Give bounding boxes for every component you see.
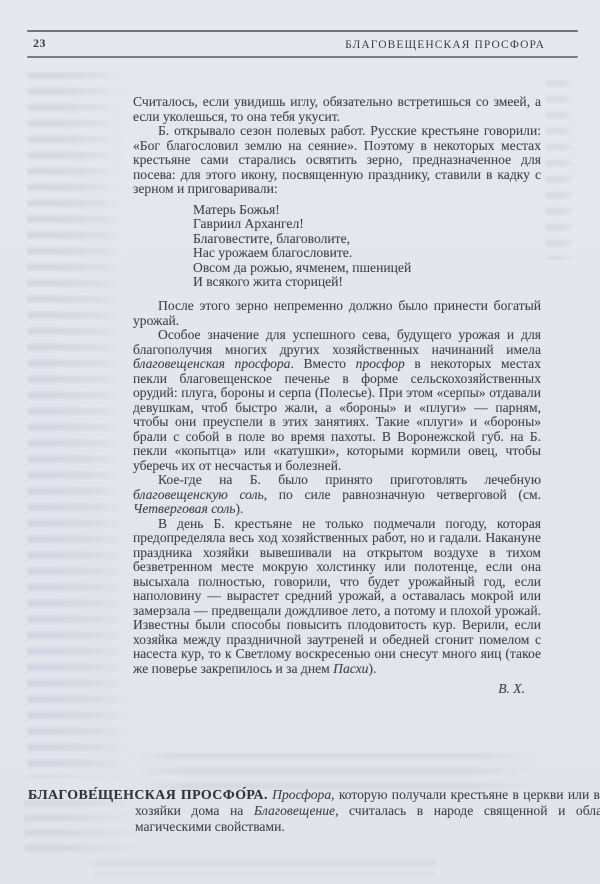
text-segment: После этого зерно непременно должно было…	[133, 298, 541, 328]
paragraph: После этого зерно непременно должно было…	[133, 299, 541, 328]
text-segment: В день Б. крестьяне не только подмечали …	[133, 516, 541, 676]
author-signature: В. Х.	[133, 682, 541, 697]
book-page-scan: 23 БЛАГОВЕЩЕНСКАЯ ПРОСФОРА Считалось, ес…	[0, 0, 600, 884]
dictionary-entry: БЛАГОВЕ́ЩЕНСКАЯ ПРОСФО́РА. Просфора, кот…	[28, 787, 600, 834]
bleedthrough-left-margin	[27, 72, 129, 778]
verse-line: Овсом да рожью, ячменем, пшеницей	[193, 261, 541, 276]
italic-term: Четверговая соль	[133, 501, 235, 516]
verse-line: Гавриил Архангел!	[193, 217, 541, 232]
text-segment: Б. открывало сезон полевых работ. Русски…	[133, 123, 541, 196]
header-rule-top	[27, 30, 578, 32]
bleedthrough-bottom	[95, 860, 435, 876]
italic-term: просфор	[356, 356, 405, 371]
header-rule-bottom	[27, 56, 578, 58]
text-segment: Считалось, если увидишь иглу, обязательн…	[133, 94, 541, 124]
text-segment: Кое-где на Б. было принято приготовлять …	[158, 472, 541, 487]
paragraph: Б. открывало сезон полевых работ. Русски…	[133, 124, 541, 197]
italic-term: Просфора	[272, 787, 331, 802]
paragraph-continuation: Считалось, если увидишь иглу, обязательн…	[133, 95, 541, 124]
text-segment: , по силе равнозначную четверговой (см.	[264, 487, 541, 502]
italic-term: Благовещение	[254, 803, 335, 818]
text-segment: ).	[368, 661, 376, 676]
headword-text: БЛАГОВЕ́ЩЕНСКАЯ ПРОСФО́РА.	[28, 788, 268, 803]
italic-term: благовещенскую соль	[133, 487, 264, 502]
running-title: БЛАГОВЕЩЕНСКАЯ ПРОСФОРА	[345, 39, 545, 51]
verse-line: Благовестите, благоволите,	[193, 232, 541, 247]
bleedthrough-right-margin	[545, 80, 575, 260]
text-segment: в некоторых местах пекли благовещенское …	[133, 356, 541, 473]
italic-term: Пасхи	[333, 661, 368, 676]
article-body: Считалось, если увидишь иглу, обязательн…	[133, 95, 541, 697]
text-segment: ).	[235, 501, 243, 516]
text-segment: . Вместо	[290, 356, 355, 371]
verse-line: Матерь Божья!	[193, 203, 541, 218]
italic-term: благовещенская просфора	[133, 356, 290, 371]
paragraph: В день Б. крестьяне не только подмечали …	[133, 517, 541, 677]
text-segment: Особое значение для успешного сева, буду…	[133, 327, 541, 357]
verse-block: Матерь Божья!Гавриил Архангел!Благовести…	[193, 203, 541, 291]
paragraph: Кое-где на Б. было принято приготовлять …	[133, 473, 541, 517]
verse-line: И всякого жита сторицей!	[193, 275, 541, 290]
paragraph: Особое значение для успешного сева, буду…	[133, 328, 541, 473]
verse-line: Нас урожаем благословите.	[193, 246, 541, 261]
page-number: 23	[33, 36, 46, 51]
